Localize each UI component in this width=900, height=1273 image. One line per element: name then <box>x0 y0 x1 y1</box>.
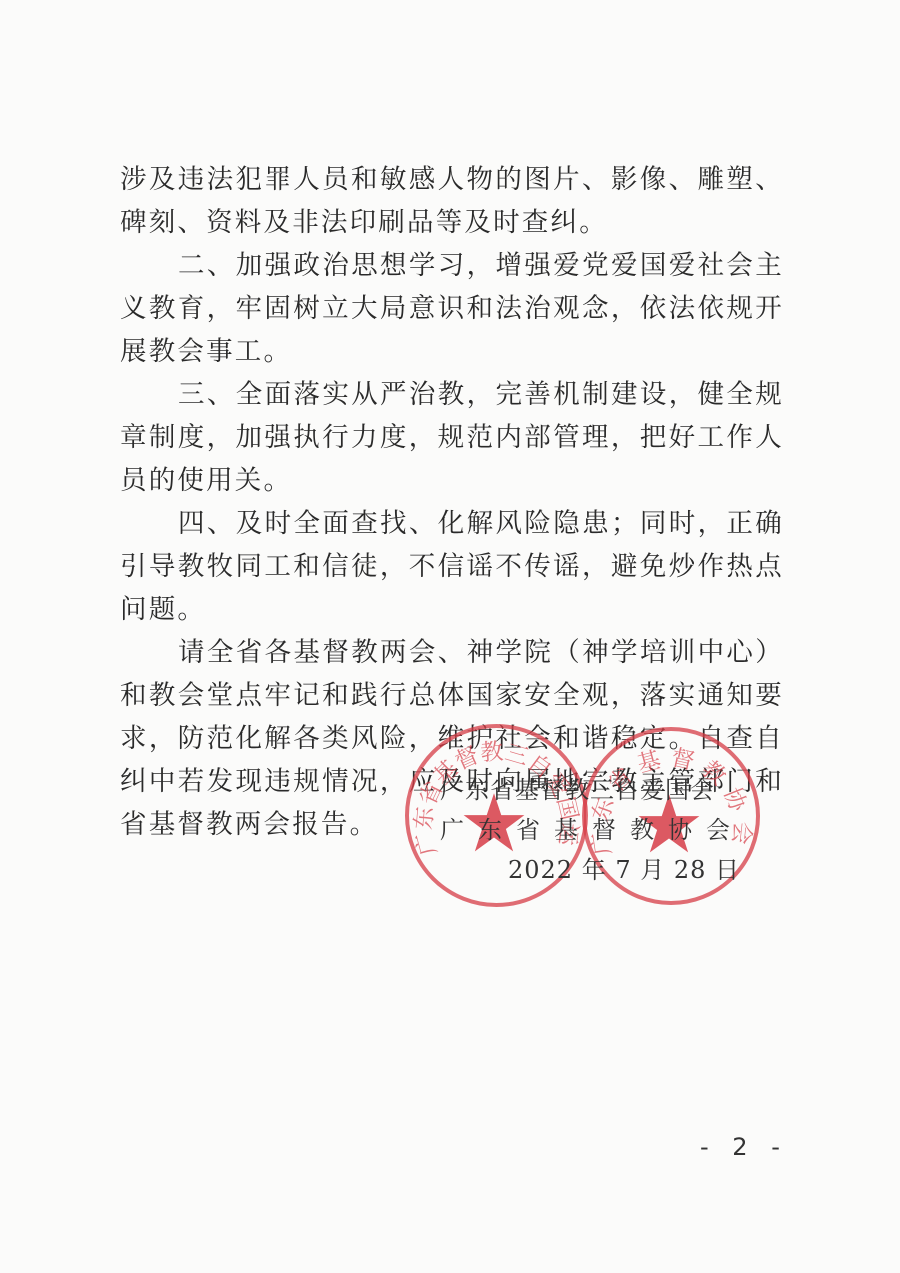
paragraph-continued: 涉及违法犯罪人员和敏感人物的图片、影像、雕塑、碑刻、资料及非法印刷品等及时查纠。 <box>120 158 784 244</box>
signatory-org-1: 广东省基督教三自爱国会 <box>440 770 740 810</box>
paragraph-item-3: 三、全面落实从严治教，完善机制建设，健全规章制度，加强执行力度，规范内部管理，把… <box>120 373 784 502</box>
signature-date: 2022 年 7 月 28 日 <box>508 850 740 890</box>
paragraph-item-4: 四、及时全面查找、化解风险隐患；同时，正确引导教牧同工和信徒，不信谣不传谣，避免… <box>120 502 784 631</box>
document-page: 涉及违法犯罪人员和敏感人物的图片、影像、雕塑、碑刻、资料及非法印刷品等及时查纠。… <box>0 0 900 1273</box>
signature-block: 广东省基督教三自爱国会 广东省基督教协会 2022 年 7 月 28 日 <box>440 770 740 890</box>
signatory-org-2: 广东省基督教协会 <box>440 810 740 850</box>
paragraph-item-2: 二、加强政治思想学习，增强爱党爱国爱社会主义教育，牢固树立大局意识和法治观念，依… <box>120 244 784 373</box>
page-number: - 2 - <box>700 1133 788 1161</box>
